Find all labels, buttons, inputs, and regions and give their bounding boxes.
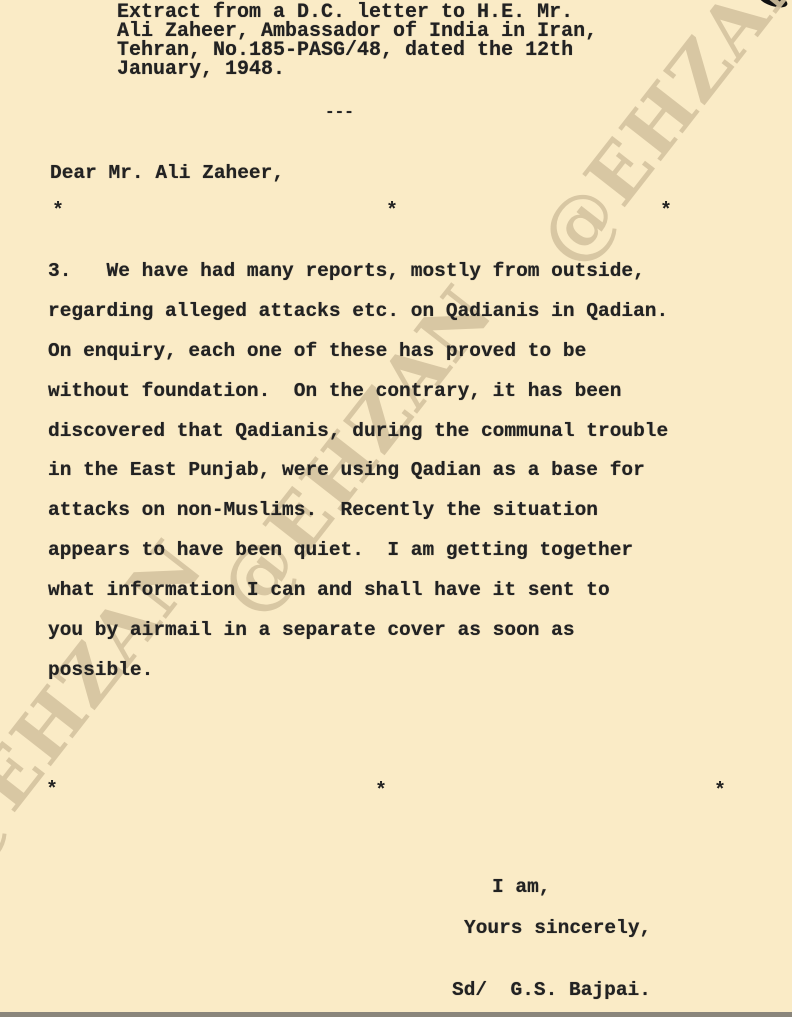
star-mark: * [714,780,726,803]
body-line: On enquiry, each one of these has proved… [48,341,586,361]
body-line: regarding alleged attacks etc. on Qadian… [48,301,668,321]
star-mark: * [52,200,64,223]
body-line: 3. We have had many reports, mostly from… [48,261,645,281]
closing-line: I am, [492,877,551,897]
body-line: attacks on non-Muslims. Recently the sit… [48,500,598,520]
salutation: Dear Mr. Ali Zaheer, [50,163,284,183]
body-line: you by airmail in a separate cover as so… [48,620,575,640]
body-line: in the East Punjab, were using Qadian as… [48,460,645,480]
star-mark: * [375,780,387,803]
heading-line-4: January, 1948. [117,61,285,80]
watermark: @EHZAN [202,270,511,631]
body-line: appears to have been quiet. I am getting… [48,540,633,560]
body-line: possible. [48,660,153,680]
separator: --- [325,102,354,122]
star-mark: * [386,200,398,223]
body-line: what information I can and shall have it… [48,580,610,600]
body-line: discovered that Qadianis, during the com… [48,421,668,441]
closing-valediction: Yours sincerely, [464,918,651,938]
letter-page: @EHZAN @EHZAN @EHZAN Extract from a D.C.… [0,0,792,1012]
star-mark: * [660,200,672,223]
page-bottom-edge [0,1012,792,1017]
signature: Sd/ G.S. Bajpai. [452,980,651,1000]
star-mark: * [46,779,58,802]
body-line: without foundation. On the contrary, it … [48,381,621,401]
